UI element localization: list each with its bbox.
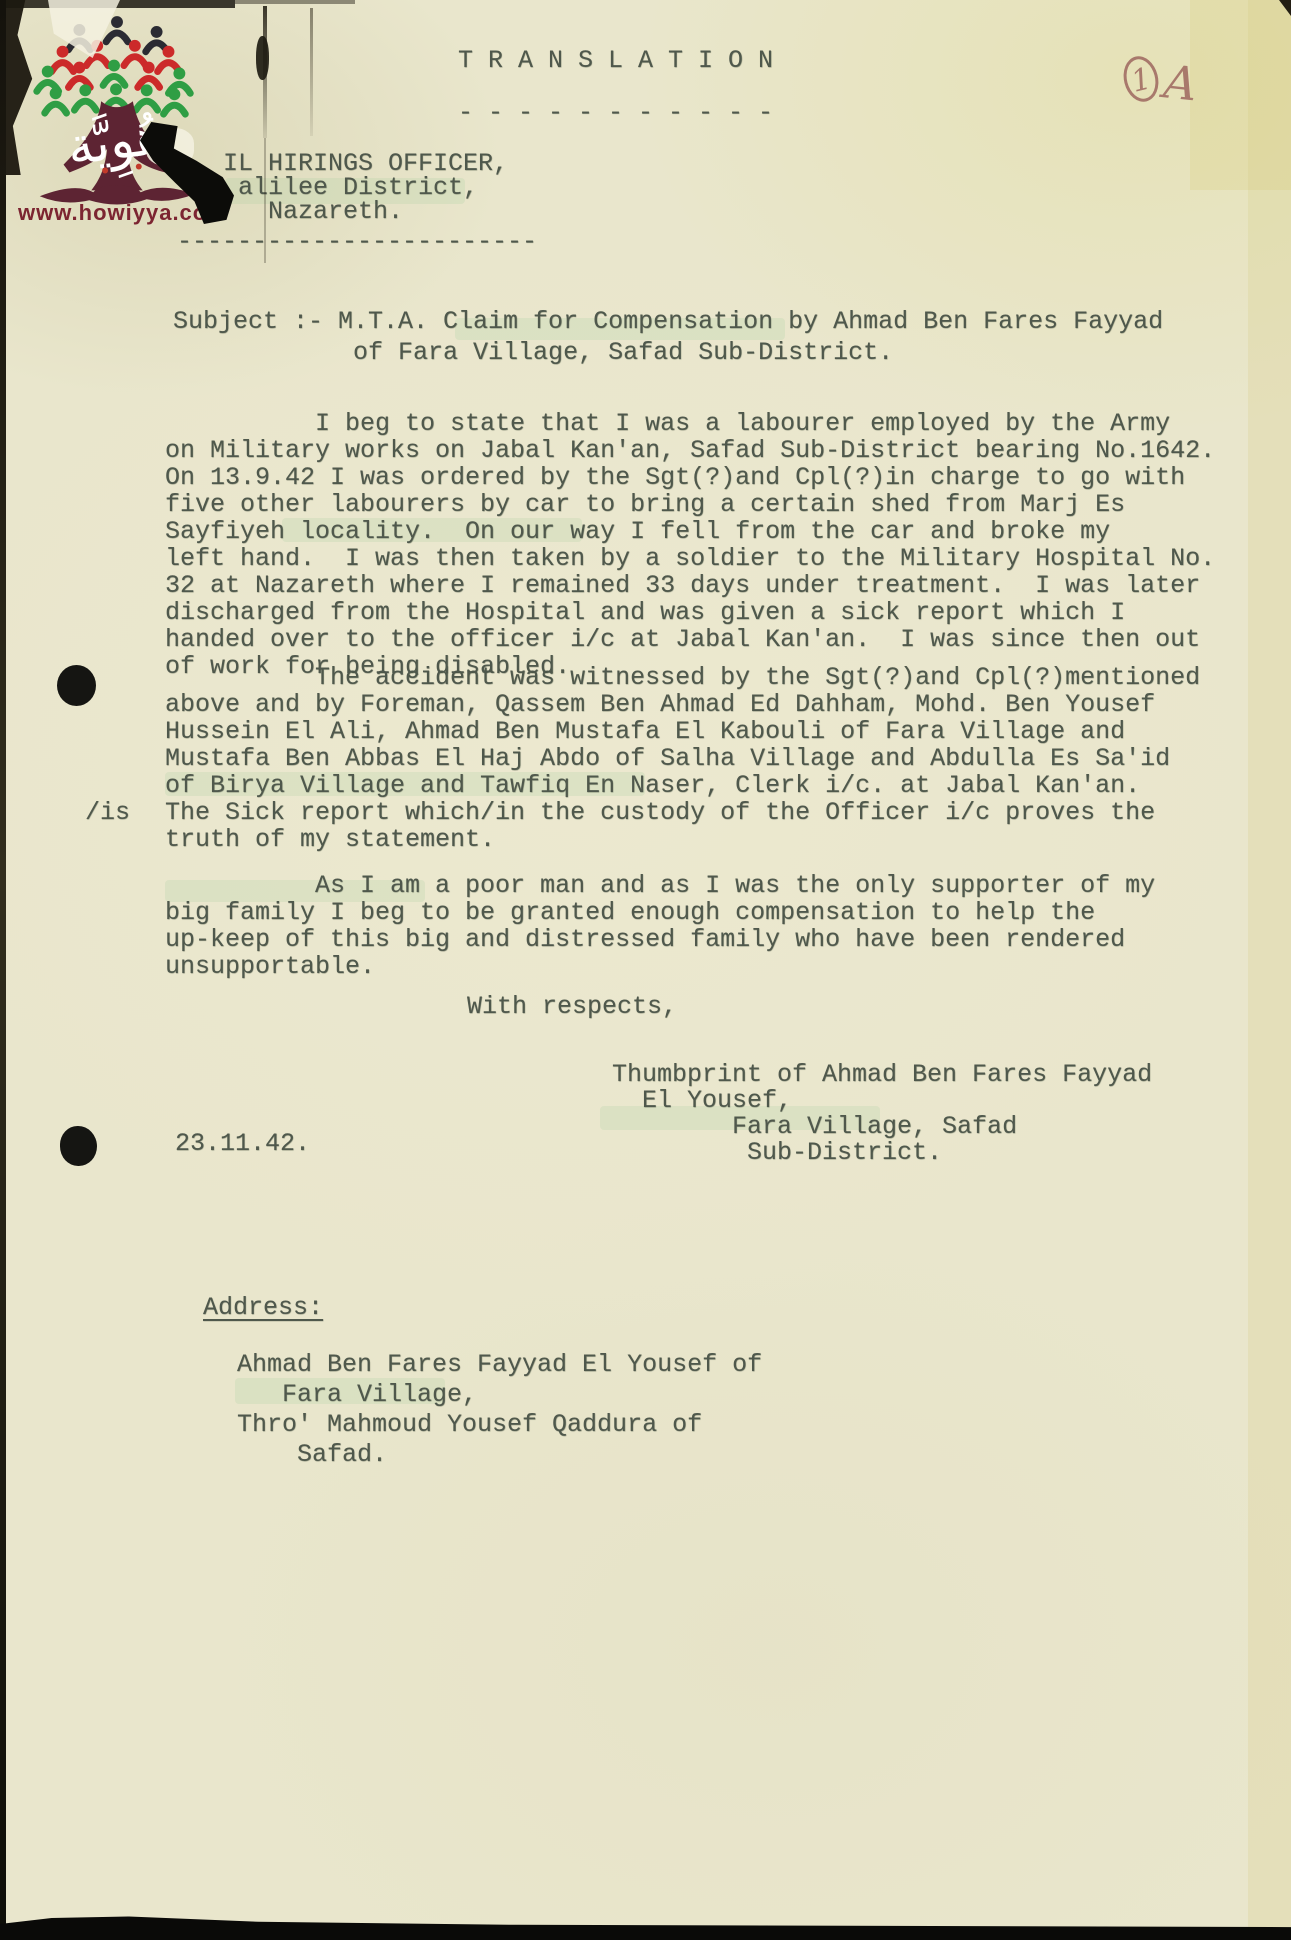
body-paragraph-3: As I am a poor man and as I was the only…: [165, 872, 1155, 980]
address-heading: Address:: [203, 1294, 323, 1321]
scan-edge-tint: [1248, 0, 1291, 1940]
torn-edge-top: [235, 0, 355, 4]
scan-left-edge: [0, 0, 6, 1940]
thumbprint-block: Thumbprint of Ahmad Ben Fares Fayyad El …: [612, 1062, 1152, 1166]
subject-line: Subject :- M.T.A. Claim for Compensation…: [173, 306, 1163, 368]
closing-respects: With respects,: [467, 993, 677, 1020]
hole-punch-dot: [57, 665, 96, 706]
fold-mark: [264, 138, 266, 263]
body-paragraph-1: I beg to state that I was a labourer emp…: [165, 410, 1215, 680]
annotation-letter: A: [1161, 54, 1200, 111]
scanned-document: { "header": { "translation_title": "T R …: [0, 0, 1291, 1940]
circled-number: 1: [1119, 53, 1163, 106]
translation-title-text: T R A N S L A T I O N: [458, 46, 773, 75]
fold-mark: [310, 8, 313, 136]
scan-bottom-edge: [0, 1902, 1291, 1940]
address-block: Ahmad Ben Fares Fayyad El Yousef of Fara…: [237, 1350, 762, 1470]
scan-edge-tint: [1190, 0, 1291, 190]
howiyya-logo: هُوِيَّة www.howiyya.com: [18, 8, 216, 238]
hole-punch-dot: [60, 1126, 97, 1166]
page-annotation: 1A: [1124, 56, 1197, 110]
translation-underline: - - - - - - - - - - -: [458, 98, 773, 127]
date: 23.11.42.: [175, 1130, 310, 1157]
body-paragraph-2: The accident was witnessed by the Sgt(?)…: [165, 664, 1200, 853]
translation-title: T R A N S L A T I O N - - - - - - - - - …: [458, 48, 773, 126]
margin-note: /is: [85, 799, 130, 826]
fold-mark-blob: [256, 36, 269, 80]
letterhead-rule: ------------------------: [177, 228, 537, 255]
